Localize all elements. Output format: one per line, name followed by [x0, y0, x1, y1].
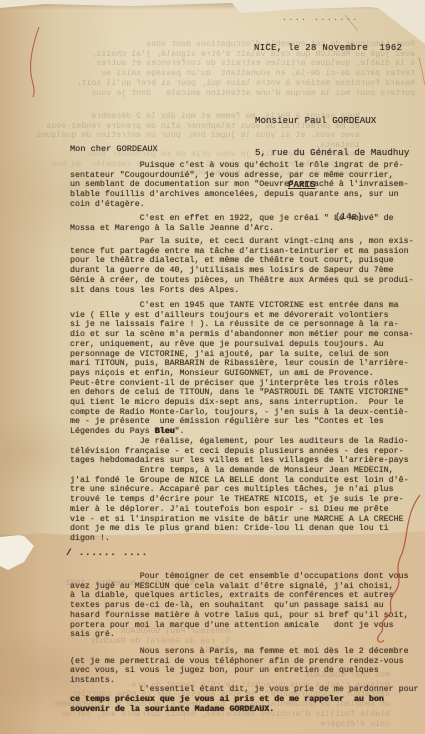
paragraph-6: Entre temps, à la demande de Monsieur Je…: [70, 466, 409, 544]
recipient-name: Monsieur Paul GORDEAUX: [255, 116, 409, 127]
salutation: Mon cher GORDEAUX: [70, 145, 158, 155]
torn-corner-patch: [0, 532, 40, 574]
pays-prefix: Légendes du Pays: [70, 427, 155, 436]
paragraph-4: C'est en 1945 que TANTE VICTORINE est en…: [70, 301, 414, 427]
paragraph-9-overstruck-lines: ce temps précieux que je vous ai pris et…: [70, 695, 384, 714]
paragraph-1: Puisque c'est à vous qu'échoit le rôle i…: [70, 161, 409, 210]
paragraph-2: C'est en effet en 1922, que je créai " L…: [70, 214, 394, 233]
continuation-mark: / ...... ....: [66, 548, 148, 558]
torn-top-edge: [0, 0, 425, 10]
paragraph-9-line-1: L'essentiel étant dit, je vous prie de m…: [70, 685, 419, 695]
scanned-letter: Pour témoigner de cet ensemble d'occupat…: [0, 0, 425, 734]
dateline: NICE, le 28 Novembre 1962: [254, 44, 402, 54]
paragraph-7: Pour témoigner de cet ensemble d'occupat…: [70, 572, 409, 640]
overstruck-word-bleu: Bleu: [155, 427, 175, 436]
paragraph-4-last-line: Légendes du Pays Bleu".: [70, 427, 185, 437]
recipient-street: 5, rue du Général de Maudhuy: [255, 148, 409, 159]
paragraph-8: Nous serons à Paris, ma femme et moi dès…: [70, 647, 409, 686]
paragraph-3: Par la suite, et ceci durant vingt-cinq …: [70, 237, 414, 295]
paragraph-5: Je réalise, également, pour les auditeur…: [70, 437, 409, 466]
header-dots: .... .......: [282, 14, 359, 24]
pays-suffix: ".: [175, 427, 185, 436]
